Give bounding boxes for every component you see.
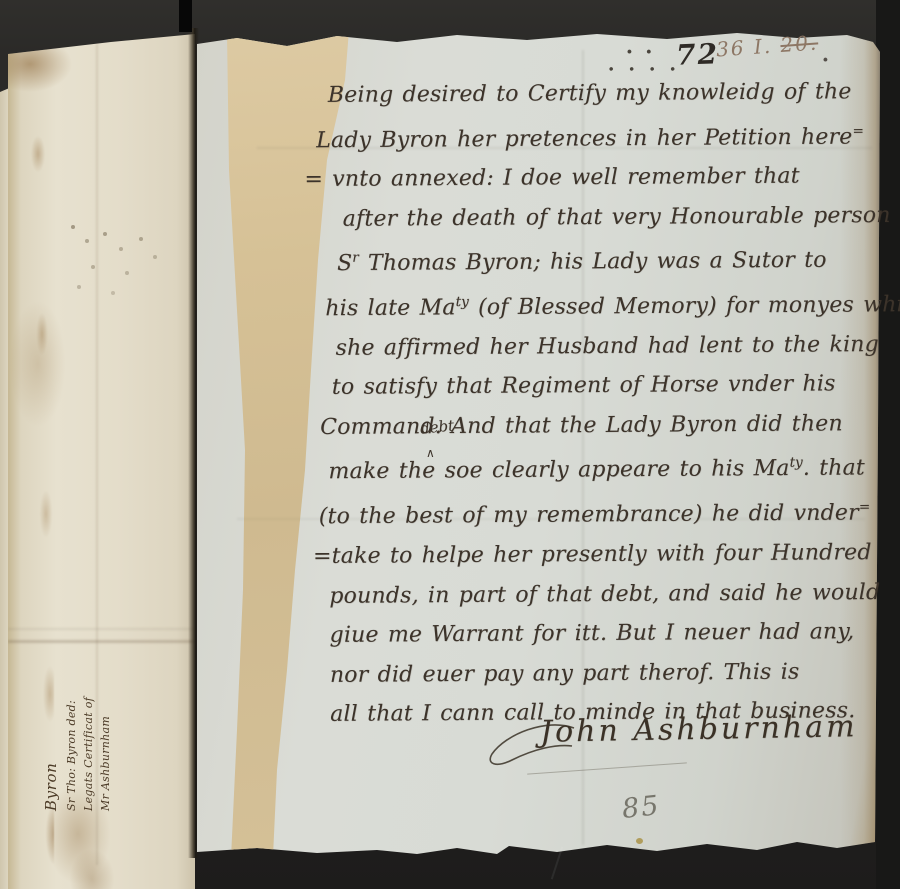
photo-background-right bbox=[876, 0, 900, 889]
superscript: = bbox=[859, 499, 871, 515]
caret-mark: ∧ bbox=[426, 446, 435, 460]
stain-spot bbox=[636, 838, 643, 844]
text-segment: to satisfy that Regiment of Horse vnder … bbox=[332, 372, 836, 401]
shelfmark-prefix: 36 I. bbox=[715, 34, 773, 62]
ink-dot: ∙ bbox=[822, 52, 829, 68]
superscript: ty bbox=[789, 455, 802, 471]
manuscript-line: nor did euer pay any part therof. This i… bbox=[330, 652, 880, 695]
page-number: 85 bbox=[620, 790, 661, 825]
manuscript-line: giue me Warrant for itt. But I neuer had… bbox=[329, 612, 879, 655]
ink-dots: ∙ ∙ bbox=[626, 44, 656, 60]
torn-fiber bbox=[287, 37, 309, 43]
shelfmark-struck-number: 20. bbox=[780, 30, 819, 57]
fold-line bbox=[8, 628, 195, 630]
endorsement-line: Byron bbox=[40, 639, 63, 811]
binding-edge bbox=[179, 0, 192, 32]
manuscript-line: Lady Byron her pretences in her Petition… bbox=[316, 112, 876, 161]
torn-fiber bbox=[249, 31, 283, 39]
manuscript-line: Sr Thomas Byron; his Lady was a Sutor to bbox=[337, 235, 877, 284]
manuscript-text: Being desired to Certify my knowleidg of… bbox=[316, 72, 881, 735]
manuscript-line: (to the best of my remembrance) he did v… bbox=[319, 488, 879, 537]
text-segment: his late Ma bbox=[325, 295, 456, 321]
ink-showthrough-dots bbox=[8, 34, 10, 36]
text-segment: after the death of that very Honourable … bbox=[343, 203, 891, 232]
manuscript-line: after the death of that very Honourable … bbox=[343, 196, 877, 239]
text-segment: . that bbox=[803, 456, 865, 481]
manuscript-line: she affirmed her Husband had lent to the… bbox=[335, 325, 877, 368]
manuscript-photo: ByronSr Tho: Byron ded:Legats Certificat… bbox=[0, 0, 900, 889]
text-segment: she affirmed her Husband had lent to the… bbox=[336, 332, 879, 361]
signature: John Ashburnham bbox=[540, 709, 858, 750]
manuscript-line: make the soe clearly appeare to his Maty… bbox=[328, 444, 878, 493]
text-segment: giue me Warrant for itt. But I neuer had… bbox=[330, 619, 855, 648]
text-segment: pounds, in part of that debt, and said h… bbox=[329, 580, 880, 609]
manuscript-line: his late Maty (of Blessed Memory) for mo… bbox=[325, 280, 877, 329]
text-segment: Command. And that the Lady Byron did the… bbox=[320, 411, 843, 440]
insertion-debt: debt bbox=[419, 416, 455, 437]
text-segment: Thomas Byron; his Lady was a Sutor to bbox=[359, 248, 827, 276]
text-segment: (to the best of my remembrance) he did v… bbox=[319, 501, 859, 530]
text-segment: Being desired to Certify my knowleidg of… bbox=[328, 79, 852, 108]
manuscript-line: Command. And that the Lady Byron did the… bbox=[320, 404, 878, 447]
text-segment: Lady Byron her pretences in her Petition… bbox=[316, 124, 853, 153]
text-segment: (of Blessed Memory) for monyes which bbox=[469, 292, 900, 320]
endorsement-line: Legats Certificat of bbox=[80, 639, 97, 811]
endorsement-line: Mr Ashburnham bbox=[97, 639, 114, 811]
folio-number: 72 bbox=[675, 37, 719, 71]
text-segment: make the soe clearly appeare to his Ma bbox=[328, 456, 789, 484]
text-segment: S bbox=[337, 251, 352, 276]
manuscript-line: Being desired to Certify my knowleidg of… bbox=[328, 72, 876, 115]
endorsement-text: ByronSr Tho: Byron ded:Legats Certificat… bbox=[40, 639, 136, 811]
manuscript-line: =take to helpe her presently with four H… bbox=[313, 533, 879, 576]
manuscript-line: = vnto annexed: I doe well remember that bbox=[304, 156, 876, 199]
endorsement-line: Sr Tho: Byron ded: bbox=[63, 639, 80, 811]
superscript: = bbox=[852, 123, 864, 139]
manuscript-line: pounds, in part of that debt, and said h… bbox=[329, 573, 879, 616]
text-segment: nor did euer pay any part therof. This i… bbox=[330, 659, 800, 687]
text-segment: = vnto annexed: I doe well remember that bbox=[304, 164, 799, 192]
left-folded-leaf: ByronSr Tho: Byron ded:Legats Certificat… bbox=[8, 34, 195, 889]
text-segment: =take to helpe her presently with four H… bbox=[313, 540, 872, 569]
superscript: ty bbox=[456, 294, 469, 310]
manuscript-line: to satisfy that Regiment of Horse vnder … bbox=[332, 365, 878, 408]
